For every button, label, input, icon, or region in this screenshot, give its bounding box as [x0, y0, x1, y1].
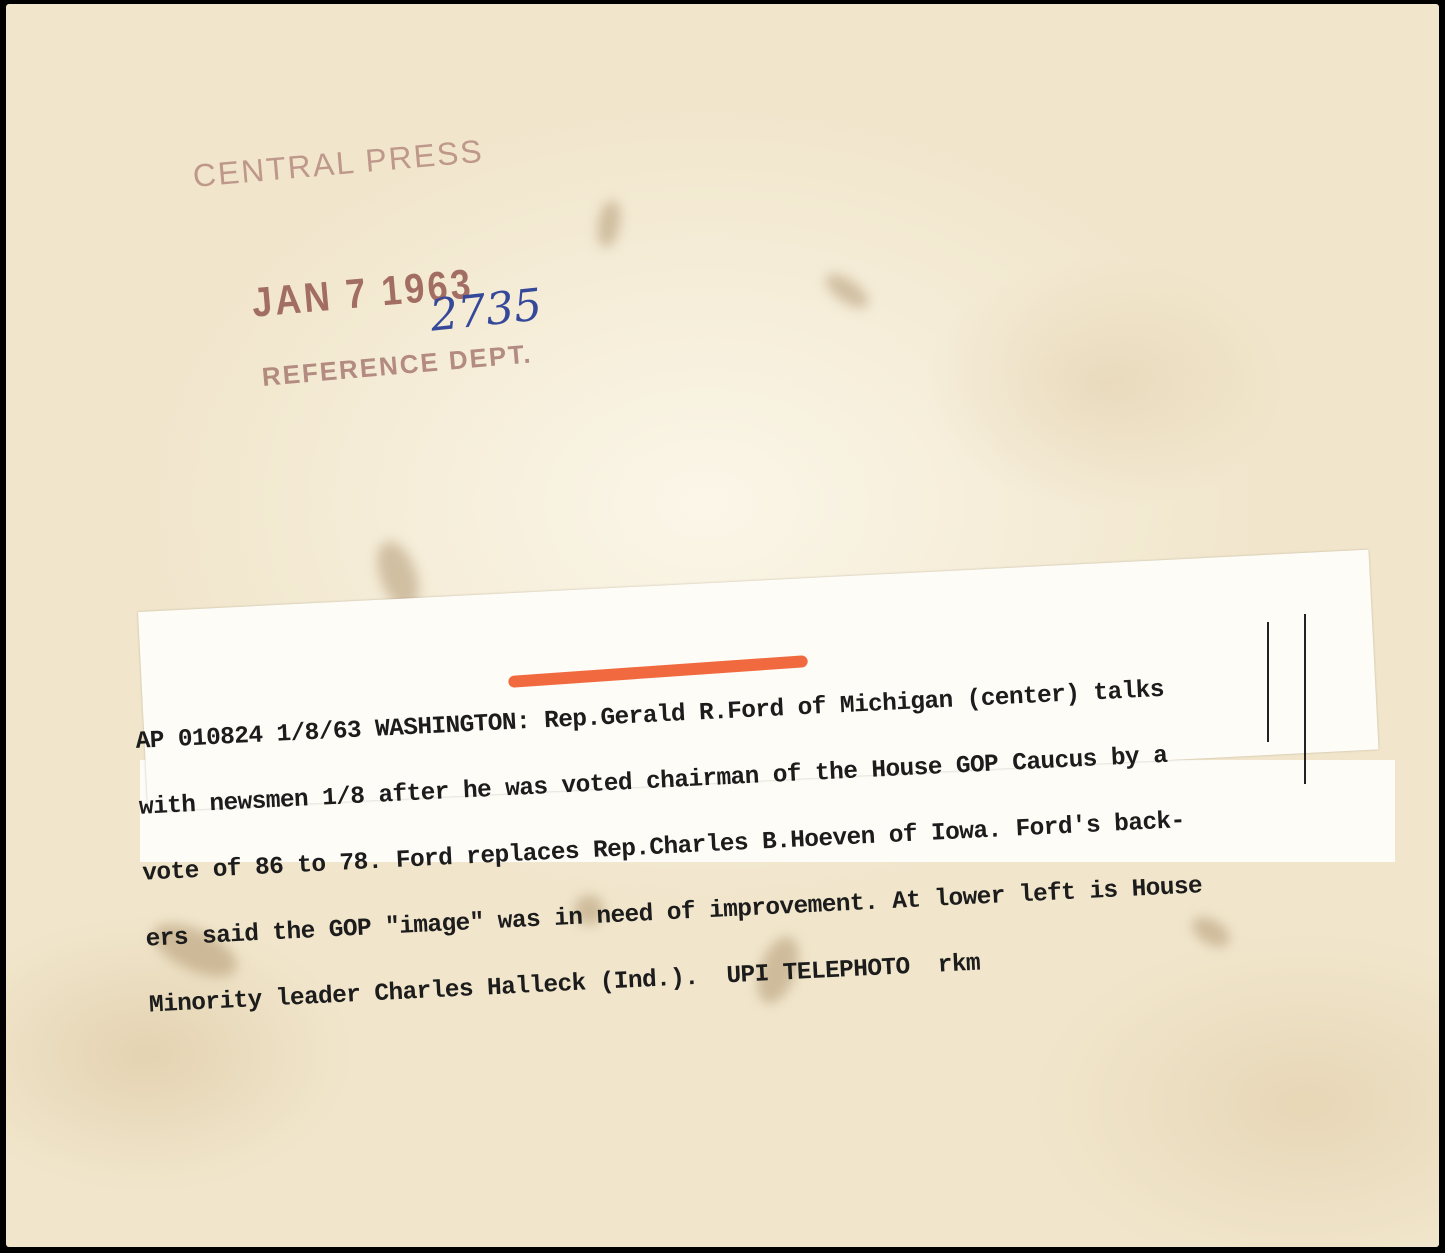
caption-line: vote of 86 to 78. Ford replaces Rep.Char… [142, 810, 1199, 885]
caption-text: AP 010824 1/8/63 WASHINGTON: Rep.Gerald … [133, 634, 1207, 1039]
caption-line: ers said the GOP "image" was in need of … [145, 876, 1202, 951]
margin-rule [1304, 614, 1306, 784]
caption-line: with newsmen 1/8 after he was voted chai… [139, 744, 1196, 819]
margin-rule [1267, 622, 1269, 742]
caption-line: AP 010824 1/8/63 WASHINGTON: Rep.Gerald … [135, 678, 1192, 753]
